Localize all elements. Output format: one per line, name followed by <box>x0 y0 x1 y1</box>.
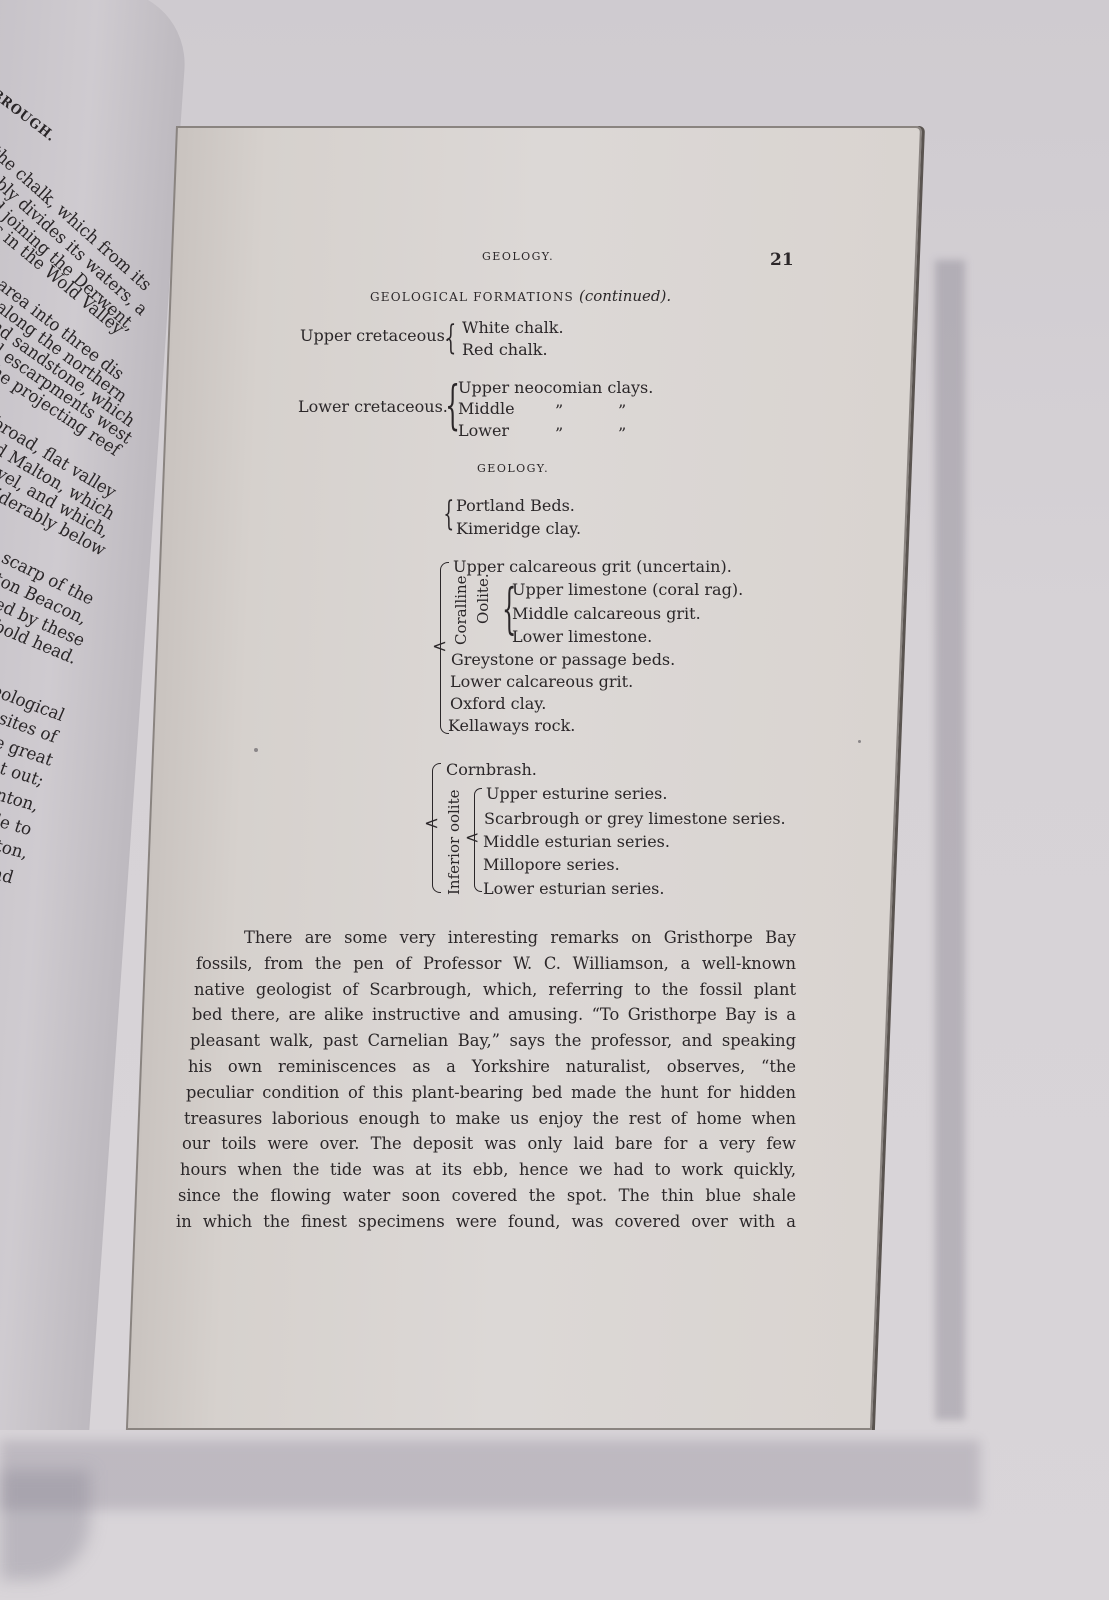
section-title-suffix: (continued). <box>579 287 671 305</box>
coralline-label: Coralline <box>452 575 470 645</box>
ditto-mark: ” <box>555 424 563 443</box>
formation-item: Upper limestone (coral rag). <box>512 580 743 599</box>
paper-speck <box>858 740 861 743</box>
formation-item: Lower limestone. <box>512 627 652 646</box>
paragraph-line: treasures laborious enough to make us en… <box>184 1106 796 1132</box>
formation-item: Upper neocomian clays. <box>458 378 653 397</box>
formation-item: Scarbrough or grey limestone series. <box>484 809 786 828</box>
formation-item: Lower calcareous grit. <box>450 672 633 691</box>
subheading: GEOLOGY. <box>477 462 549 475</box>
formation-item: Portland Beds. <box>456 496 575 515</box>
upper-cretaceous-label: Upper cretaceous. <box>300 326 450 345</box>
paper-speck <box>254 748 258 752</box>
brace-icon: { <box>445 318 456 358</box>
paragraph-line: in which the finest specimens were found… <box>176 1209 796 1235</box>
page-number: 21 <box>770 250 794 270</box>
brace-point-icon: < <box>465 828 479 848</box>
paragraph-line: bed there, are alike instructive and amu… <box>192 1002 796 1028</box>
ditto-mark: ” <box>555 401 563 420</box>
right-page-content: GEOLOGY. 21 GEOLOGICAL FORMATIONS (conti… <box>0 0 1109 1600</box>
formation-item: Red chalk. <box>462 340 548 359</box>
formation-item: Kimeridge clay. <box>456 519 581 538</box>
inferior-oolite-label: Inferior oolite <box>445 789 463 895</box>
ditto-mark: ” <box>618 401 626 420</box>
section-title: GEOLOGICAL FORMATIONS (continued). <box>370 287 671 305</box>
paragraph-line: pleasant walk, past Carnelian Bay,” says… <box>190 1028 796 1054</box>
formation-item: Kellaways rock. <box>448 716 575 735</box>
paragraph-line: There are some very interesting remarks … <box>184 925 796 951</box>
formation-item: Upper esturine series. <box>486 784 667 803</box>
formation-item: Cornbrash. <box>446 760 537 779</box>
formation-item: Lower <box>458 421 509 440</box>
formation-item: Oxford clay. <box>450 694 546 713</box>
formation-item: Middle <box>458 399 515 418</box>
formation-item: White chalk. <box>462 318 564 337</box>
paragraph-line: native geologist of Scarbrough, which, r… <box>194 977 796 1003</box>
paragraph-line: hours when the tide was at its ebb, henc… <box>180 1157 796 1183</box>
formation-item: Middle esturian series. <box>483 832 670 851</box>
brace-icon: { <box>443 494 454 534</box>
paragraph-line: his own reminiscences as a Yorkshire nat… <box>188 1054 796 1080</box>
formation-item: Upper calcareous grit (uncertain). <box>453 557 732 576</box>
body-paragraph: There are some very interesting remarks … <box>178 925 796 1235</box>
brace-point-icon: < <box>424 813 439 834</box>
brace-point-icon: < <box>432 636 447 657</box>
formation-item: Millopore series. <box>483 855 620 874</box>
formation-item: Middle calcareous grit. <box>512 604 701 623</box>
running-head: GEOLOGY. <box>482 250 554 263</box>
paragraph-line: fossils, from the pen of Professor W. C.… <box>196 951 796 977</box>
oolite-label: Oolite. <box>474 573 492 624</box>
section-title-text: GEOLOGICAL FORMATIONS <box>370 290 574 304</box>
ditto-mark: ” <box>618 424 626 443</box>
paragraph-line: our toils were over. The deposit was onl… <box>182 1131 796 1157</box>
paragraph-line: since the flowing water soon covered the… <box>178 1183 796 1209</box>
formation-item: Lower esturian series. <box>483 879 664 898</box>
lower-cretaceous-label: Lower cretaceous. <box>298 397 448 416</box>
paragraph-line: peculiar condition of this plant-bearing… <box>186 1080 796 1106</box>
formation-item: Greystone or passage beds. <box>451 650 675 669</box>
